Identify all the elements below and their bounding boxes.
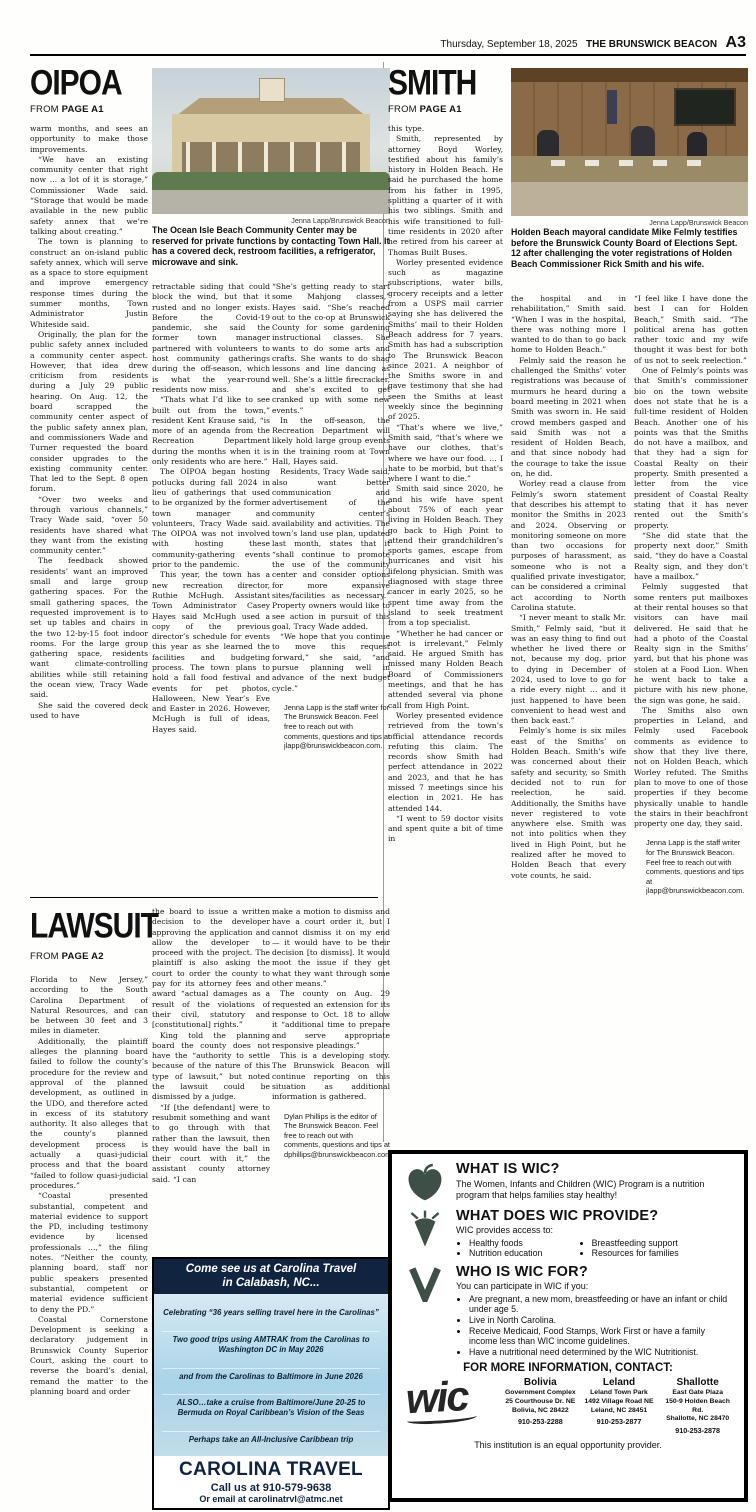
ad-email: Or email at carolinatrvl@atmc.net [154,1494,388,1504]
wic-who-title: WHO IS WIC FOR? [456,1264,734,1280]
paragraph: 150-9 Holden Beach Rd. [661,1398,734,1415]
paragraph: The feedback showed residents’ want an i… [30,556,148,700]
ad-header-line1: Come see us at Carolina Travel [156,1263,386,1277]
smith-column-3: “I feel like I have done the best I can … [634,294,748,1138]
oipoa-column-3: “She’s getting ready to start some Mahjo… [272,282,390,894]
list-item: Are pregnant, a new mom, breastfeeding o… [469,1294,734,1315]
from-page-line: FROM PAGE A1 [30,104,104,115]
paragraph: This is a developing story. The Brunswic… [272,1051,390,1102]
list-item: Resources for families [592,1248,734,1259]
paragraph: Celebrating “36 years selling travel her… [162,1305,380,1318]
wic-who-content: WHO IS WIC FOR? You can participate in W… [456,1264,734,1357]
photo-person-3 [687,132,707,156]
editor-tagline: Dylan Phillips is the editor of The Brun… [272,1112,390,1160]
article-lawsuit: LAWSUIT FROM PAGE A2 Florida to New Jers… [30,905,390,1512]
paragraph: “Thats what I’d like to see built out fr… [152,395,270,467]
paragraph: Felmly suggested that some renters put m… [634,582,748,706]
paragraph: warm months, and sees an opportunity to … [30,124,148,155]
wic-footer-note: This institution is an equal opportunity… [402,1440,734,1450]
paragraph: Bolivia, NC 28422 [504,1407,577,1416]
paragraph: the board to issue a written decision to… [152,907,270,1031]
wic-section-provide: WHAT DOES WIC PROVIDE? WIC provides acce… [402,1208,734,1259]
paragraph: Smith said since 2020, he and his wife h… [388,484,503,628]
smith-column-1: this type.Smith, represented by attorney… [388,124,503,1138]
carolina-travel-ad[interactable]: Come see us at Carolina Travel in Calaba… [152,1257,390,1510]
photo-porch-posts [186,142,356,176]
paragraph: One of Felmly’s points was that Smith’s … [634,366,748,531]
oipoa-column-2: retractable siding that could block the … [152,282,270,894]
wic-section-what-is: WHAT IS WIC? The Women, Infants and Chil… [402,1161,734,1203]
paragraph: make a motion to dismiss and have a cour… [272,907,390,989]
ad-phone: Call us at 910-579-9638 [154,1482,388,1494]
photo-caption: Holden Beach mayoral candidate Mike Felm… [511,227,748,269]
article-title: LAWSUIT [30,907,158,947]
lawsuit-column-3-text: make a motion to dismiss and have a cour… [272,907,390,1103]
location-address: Government Complex25 Courthouse Dr. NEBo… [504,1389,577,1415]
photo-flag [607,90,617,124]
board-of-elections-photo [511,68,748,216]
paragraph: “We have an existing community center th… [30,155,148,237]
list-item: Receive Medicaid, Food Stamps, Work Firs… [469,1326,734,1347]
location-phone: 910-253-2288 [504,1417,577,1426]
paragraph: “Coastal presented substantial, competen… [30,1191,148,1315]
paragraph: and from the Carolinas to Baltimore in J… [162,1368,380,1382]
paragraph: She said the covered deck used to have [30,701,148,722]
staff-tagline: Jenna Lapp is the staff writer for The B… [634,838,748,896]
wic-provide-intro: WIC provides access to: [456,1225,734,1236]
ad-body: Celebrating “36 years selling travel her… [154,1294,388,1456]
paragraph: “We hope that you continue to move this … [272,632,390,694]
wic-provide-title: WHAT DOES WIC PROVIDE? [456,1208,734,1224]
paragraph: Leland Town Park [583,1389,656,1398]
paragraph: Florida to New Jersey,” according to the… [30,975,148,1037]
masthead-rule [30,54,746,56]
paragraph: “Whether he had cancer or not is irrelev… [388,629,503,711]
date: Thursday, September 18, 2025 [440,39,577,50]
paragraph: Felmly’s home is six miles east of the S… [511,726,626,880]
paragraph: Worley presented evidence retrieved from… [388,711,503,814]
photo-wall-trim [511,68,748,82]
lawsuit-column-2: the board to issue a written decision to… [152,907,270,1251]
paragraph: “I never meant to stalk Mr. Smith,” Felm… [511,613,626,726]
location-phone: 910-253-2877 [583,1417,656,1426]
wic-what-is-content: WHAT IS WIC? The Women, Infants and Chil… [456,1161,734,1203]
photo-credit: Jenna Lapp/Brunswick Beacon [152,216,390,225]
article-title: SMITH [388,64,476,104]
page-number: A3 [726,34,746,51]
paragraph: The county on Aug. 29 requested an exten… [272,989,390,1051]
paragraph: King told the planning board the county … [152,1031,270,1103]
location-address: Leland Town Park1492 Village Road NELela… [583,1389,656,1415]
lawsuit-column-1: Florida to New Jersey,” according to the… [30,975,148,1512]
wic-logo-text: wic [405,1372,469,1422]
paper-name: THE BRUNSWICK BEACON [586,39,717,50]
paragraph: “I went to 59 doctor visits and spent qu… [388,814,503,845]
wic-section-who: WHO IS WIC FOR? You can participate in W… [402,1264,734,1357]
paragraph: the hospital and in rehabilitation,” Smi… [511,294,626,356]
paragraph: The town is planning to construct an on-… [30,237,148,330]
location-name: Shallotte [661,1377,734,1388]
photo-screen [674,88,736,126]
photo-person-2 [631,126,655,156]
paragraph: The OIPOA began hosting potlucks during … [152,467,270,570]
paragraph: In the off-season, the Recreation Depart… [272,416,390,467]
photo-credit: Jenna Lapp/Brunswick Beacon [511,218,748,227]
paragraph: Two good trips using AMTRAK from the Car… [162,1331,380,1355]
oipoa-column-3-text: “She’s getting ready to start some Mahjo… [272,282,390,694]
paragraph: retractable siding that could block the … [152,282,270,395]
wic-what-is-body: The Women, Infants and Children (WIC) Pr… [456,1179,734,1201]
wic-location-shallotte: Shallotte East Gate Plaza150-9 Holden Be… [661,1377,734,1434]
location-name: Bolivia [504,1377,577,1388]
from-page-line: FROM PAGE A1 [388,104,462,115]
ad-header-line2: in Calabash, NC... [156,1277,386,1291]
paragraph: Smith, represented by attorney Boyd Worl… [388,134,503,258]
smith-column-3-text: “I feel like I have done the best I can … [634,294,748,829]
list-item: Nutrition education [469,1248,588,1259]
staff-tagline: Jenna Lapp is the staff writer for The B… [272,703,390,751]
photo-cupola [259,78,285,102]
wic-provide-content: WHAT DOES WIC PROVIDE? WIC provides acce… [456,1208,734,1259]
paragraph: Residents, Tracy Wade said, also want be… [272,467,390,632]
paragraph: “She’s getting ready to start some Mahjo… [272,282,390,416]
lawsuit-column-3: make a motion to dismiss and have a cour… [272,907,390,1251]
vegetable-v-icon [402,1264,448,1357]
paragraph: ALSO…take a cruise from Baltimore/June 2… [162,1394,380,1418]
photo-shrubs [152,172,390,190]
wic-logo: wic [401,1375,499,1426]
article-smith: SMITH FROM PAGE A1 Jenna Lapp/Brunswick … [388,62,748,1142]
paragraph: Felmly said the reason he challenged the… [511,356,626,480]
from-word: FROM [30,951,59,962]
list-item: Healthy foods [469,1238,588,1249]
wic-provide-list: Healthy foodsBreastfeeding supportNutrit… [456,1238,734,1259]
paragraph: this type. [388,124,503,134]
location-phone: 910-253-2878 [661,1426,734,1435]
list-item: Have a nutritional need determined by th… [469,1347,734,1358]
carrot-icon [402,1208,448,1259]
paragraph: “Over two weeks and through various chan… [30,495,148,557]
paragraph: “If [the defendant] were to resubmit som… [152,1103,270,1185]
paragraph: Leland, NC 28451 [583,1407,656,1416]
smith-column-2: the hospital and in rehabilitation,” Smi… [511,294,626,1138]
ad-business-name: CAROLINA TRAVEL [154,1459,388,1481]
paragraph: Government Complex [504,1389,577,1398]
newspaper-page: Thursday, September 18, 2025 THE BRUNSWI… [0,0,756,1512]
masthead: Thursday, September 18, 2025 THE BRUNSWI… [30,34,746,52]
photo-walkway [152,190,390,214]
photo-floor [511,182,748,216]
paragraph: Shallotte, NC 28470 [661,1415,734,1424]
paragraph: Worley presented evidence such as magazi… [388,258,503,423]
from-page-line: FROM PAGE A2 [30,951,104,962]
paragraph: 1492 Village Road NE [583,1398,656,1407]
ad-header: Come see us at Carolina Travel in Calaba… [154,1259,388,1294]
location-address: East Gate Plaza150-9 Holden Beach Rd.Sha… [661,1389,734,1423]
ad-footer: CAROLINA TRAVEL Call us at 910-579-9638 … [154,1456,388,1508]
paragraph: East Gate Plaza [661,1389,734,1398]
community-center-photo [152,68,390,214]
paragraph: “That’s where we live,” Smith said, “tha… [388,423,503,485]
paragraph: Worley read a clause from Felmly’s sworn… [511,479,626,613]
paragraph: Originally, the plan for the public safe… [30,330,148,495]
from-page: PAGE A1 [420,104,462,115]
list-item: Breastfeeding support [592,1238,734,1249]
list-item: Live in North Carolina. [469,1315,734,1326]
wic-info-box: WHAT IS WIC? The Women, Infants and Chil… [388,1150,748,1502]
section-rule [30,897,378,898]
article-title: OIPOA [30,64,122,104]
from-word: FROM [30,104,59,115]
oipoa-column-1: warm months, and sees an opportunity to … [30,124,148,892]
from-page: PAGE A1 [62,104,104,115]
paragraph: This year, the town has a new recreation… [152,570,270,735]
wic-who-list: Are pregnant, a new mom, breastfeeding o… [456,1294,734,1358]
from-page: PAGE A2 [62,951,104,962]
photo-person-1 [537,130,559,156]
wic-who-intro: You can participate in WIC if you: [456,1281,734,1292]
paragraph: Additionally, the plaintiff alleges the … [30,1037,148,1191]
photo-caption: The Ocean Isle Beach Community Center ma… [152,225,390,267]
paragraph: The Smiths also own properties in Leland… [634,706,748,830]
paragraph: Perhaps take an All-Inclusive Caribbean … [162,1431,380,1445]
wic-location-leland: Leland Leland Town Park1492 Village Road… [583,1377,656,1426]
wic-contact-block: wic Bolivia Government Complex25 Courtho… [402,1377,734,1434]
location-name: Leland [583,1377,656,1388]
paragraph: “She did state that the property next do… [634,531,748,582]
wic-location-bolivia: Bolivia Government Complex25 Courthouse … [504,1377,577,1426]
from-word: FROM [388,104,417,115]
paragraph: “I feel like I have done the best I can … [634,294,748,366]
apple-icon [402,1161,448,1203]
paragraph: Coastal Cornerstone Development is seeki… [30,1315,148,1397]
photo-papers [551,160,701,166]
article-oipoa: OIPOA FROM PAGE A1 Jenna Lapp/Brunswick … [30,62,390,895]
wic-what-is-title: WHAT IS WIC? [456,1161,734,1177]
paragraph: 25 Courthouse Dr. NE [504,1398,577,1407]
